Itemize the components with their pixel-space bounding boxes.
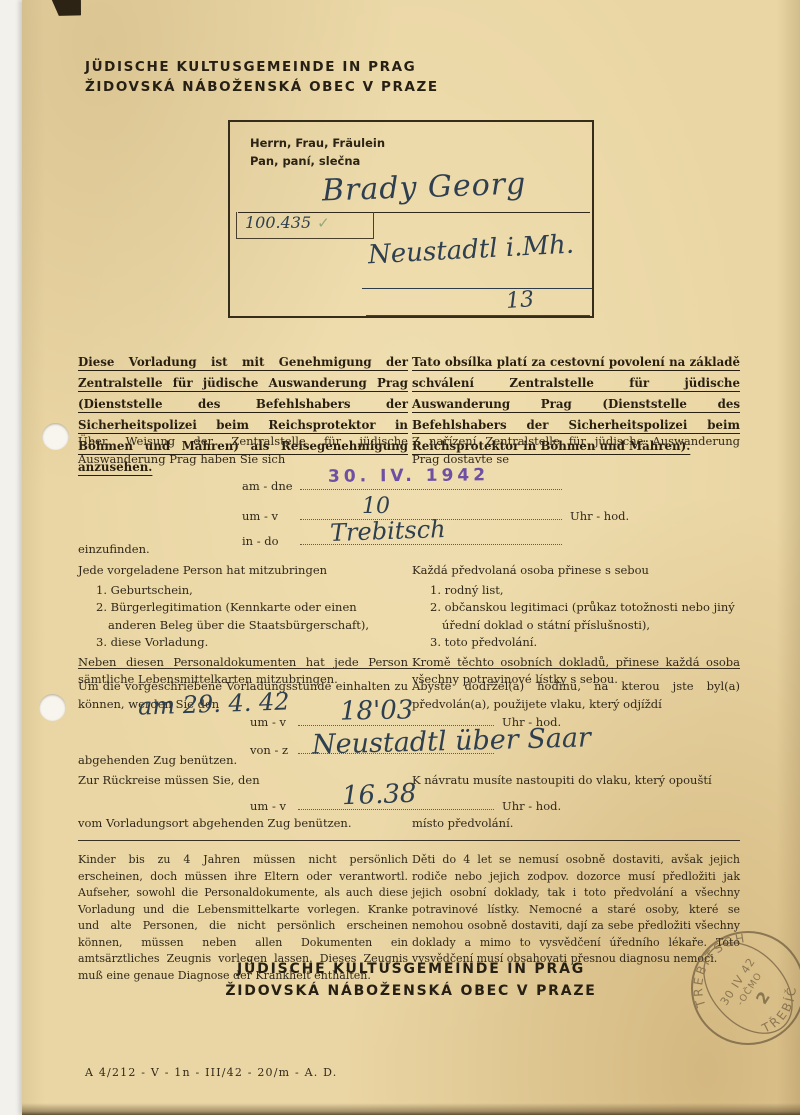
return-time-suffix: Uhr - hod. bbox=[494, 799, 561, 813]
punch-hole-bottom bbox=[39, 694, 66, 721]
salutation-czech: Pan, paní, slečna bbox=[250, 152, 385, 170]
outbound-outro-german: abgehenden Zug benützen. bbox=[78, 752, 408, 770]
stamp-ring-bottom-text: TŘEBÍČ bbox=[755, 978, 800, 1041]
list-item: 2. Bürgerlegitimation (Kennkarte oder ei… bbox=[96, 599, 408, 634]
bring-list-intro-de: Jede vorgeladene Person hat mitzubringen bbox=[78, 562, 408, 580]
appointment-date-row: am - dne 30. IV. 1942 bbox=[242, 478, 562, 493]
list-item: 3. diese Vorladung. bbox=[96, 634, 408, 652]
org-header-german: JÜDISCHE KULTUSGEMEINDE IN PRAG bbox=[85, 57, 439, 77]
recipient-name-handwritten: Brady Georg bbox=[321, 166, 526, 208]
address-box: Herrn, Frau, Fräulein Pan, paní, slečna … bbox=[228, 120, 594, 318]
org-header: JÜDISCHE KULTUSGEMEINDE IN PRAG ŽIDOVSKÁ… bbox=[85, 57, 439, 97]
svg-text:TŘEBÍČ: TŘEBÍČ bbox=[755, 978, 800, 1041]
registration-number-box: 100.435✓ bbox=[236, 212, 374, 239]
recipient-house-number-handwritten: 13 bbox=[505, 287, 535, 314]
bring-list-items-cs: 1. rodný list, 2. občanskou legitimaci (… bbox=[430, 582, 740, 652]
bring-list-czech: Každá předvolaná osoba přinese s sebou 1… bbox=[412, 562, 740, 689]
town-underline bbox=[362, 288, 592, 289]
org-header-czech: ŽIDOVSKÁ NÁBOŽENSKÁ OBEC V PRAZE bbox=[85, 77, 439, 97]
check-mark: ✓ bbox=[317, 214, 330, 232]
salutation: Herrn, Frau, Fräulein Pan, paní, slečna bbox=[250, 134, 385, 170]
list-item: 1. rodný list, bbox=[430, 582, 740, 600]
outbound-time-label: um - v bbox=[250, 715, 298, 729]
date-label: am - dne bbox=[242, 479, 300, 493]
recipient-town-handwritten: Neustadtl i.Mh. bbox=[367, 230, 574, 271]
list-item: 2. občanskou legitimaci (průkaz totožnos… bbox=[430, 599, 740, 634]
time-label: um - v bbox=[242, 509, 300, 523]
bring-list-items-de: 1. Geburtschein, 2. Bürgerlegitimation (… bbox=[96, 582, 408, 652]
outbound-intro-czech: Abyste dodržel(a) hodinu, na kterou jste… bbox=[412, 678, 740, 713]
summons-intro-czech: Z nařízení Zentralstelle für jüdische Au… bbox=[412, 433, 740, 468]
time-value-handwritten: 10 bbox=[362, 494, 390, 519]
date-stamp-value: 30. IV. 1942 bbox=[328, 465, 489, 486]
return-time-row: um - vUhr - hod. 16.38 bbox=[250, 798, 561, 813]
salutation-german: Herrn, Frau, Fräulein bbox=[250, 134, 385, 152]
punch-hole-top bbox=[42, 423, 69, 450]
appointment-place-row: in - do Trebitsch bbox=[242, 533, 562, 548]
return-time-handwritten: 16.38 bbox=[341, 779, 416, 812]
summons-intro-german: Über Weisung der Zentralstelle für jüdis… bbox=[78, 433, 408, 468]
document-paper: JÜDISCHE KULTUSGEMEINDE IN PRAG ŽIDOVSKÁ… bbox=[22, 0, 800, 1115]
return-time-label: um - v bbox=[250, 799, 298, 813]
return-outro-czech: místo předvolání. bbox=[412, 815, 740, 833]
registration-number-handwritten: 100.435✓ bbox=[245, 213, 330, 232]
list-item: 3. toto předvolání. bbox=[430, 634, 740, 652]
return-outro-german: vom Vorladungsort abgehenden Zug benütze… bbox=[78, 815, 408, 833]
house-number-underline bbox=[366, 315, 590, 316]
time-suffix: Uhr - hod. bbox=[562, 509, 629, 523]
outbound-time-handwritten: 18'03 bbox=[340, 695, 414, 726]
stamp-number-text: 2 bbox=[752, 988, 774, 1008]
place-label: in - do bbox=[242, 534, 300, 548]
bring-list-german: Jede vorgeladene Person hat mitzubringen… bbox=[78, 562, 408, 689]
place-value-handwritten: Trebitsch bbox=[330, 515, 447, 547]
bring-list-intro-cs: Každá předvolaná osoba přinese s sebou bbox=[412, 562, 740, 580]
list-item: 1. Geburtschein, bbox=[96, 582, 408, 600]
return-intro-czech: K návratu musíte nastoupiti do vlaku, kt… bbox=[412, 772, 740, 790]
einzufinden-label: einzufinden. bbox=[78, 541, 150, 559]
corner-fold-mark bbox=[52, 0, 86, 21]
form-code: A 4/212 - V - 1n - III/42 - 20/m - A. D. bbox=[85, 1066, 337, 1079]
section-divider-2 bbox=[78, 840, 740, 841]
section-divider-1 bbox=[78, 668, 740, 669]
